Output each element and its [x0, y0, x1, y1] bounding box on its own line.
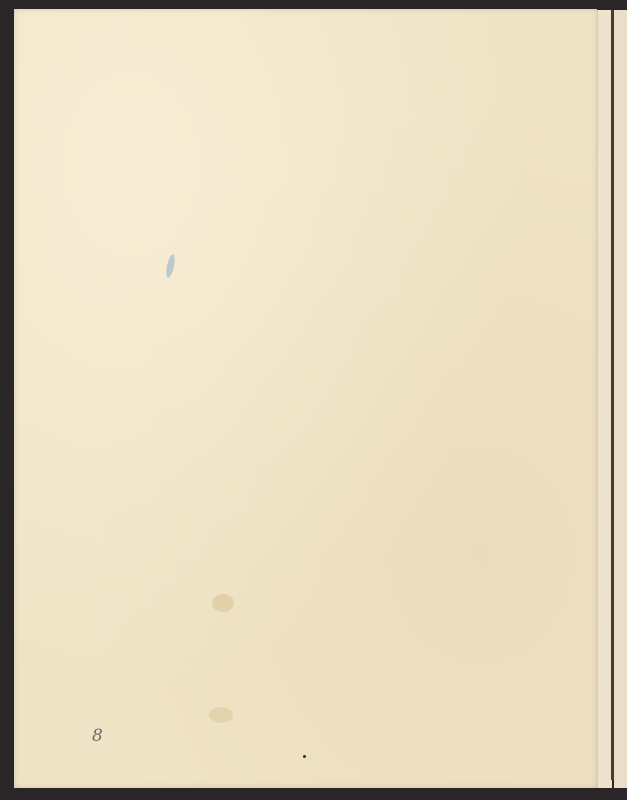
- ink-mark: [165, 254, 177, 279]
- page-number-mark: 8: [92, 726, 103, 746]
- page-edge: [597, 10, 612, 788]
- paper-stain: [212, 594, 234, 612]
- ink-dot: [303, 755, 306, 758]
- back-cover-edge: [614, 10, 627, 788]
- paper-page: [14, 9, 597, 788]
- paper-stain: [209, 707, 233, 723]
